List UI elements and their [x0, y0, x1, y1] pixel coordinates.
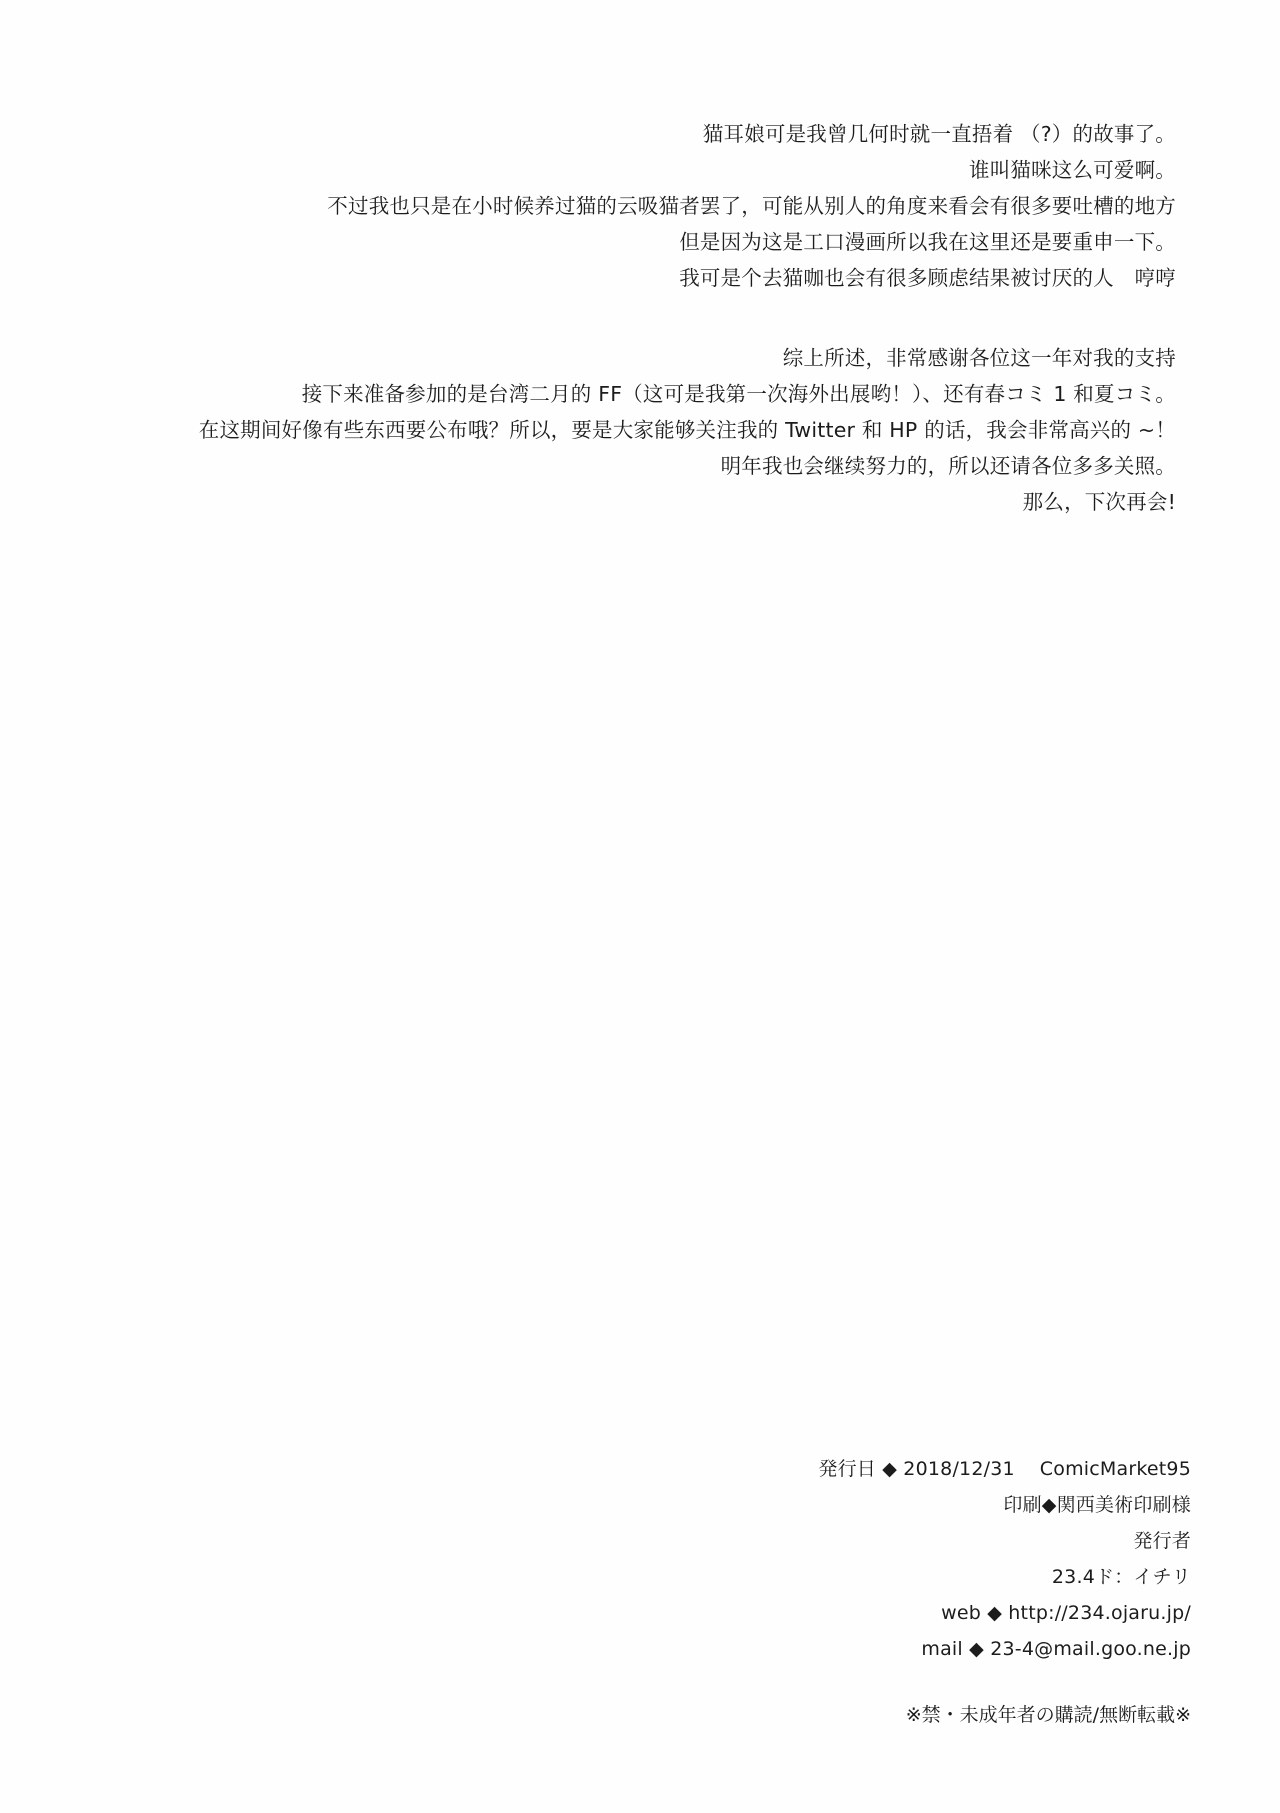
diamond-icon: ◆ — [1042, 1487, 1057, 1523]
paragraph-gap — [176, 296, 1176, 340]
mail-label: mail — [921, 1638, 963, 1660]
diamond-icon: ◆ — [987, 1595, 1002, 1631]
publisher-label-line: 発行者 — [591, 1523, 1191, 1559]
afterword-text-block: 猫耳娘可是我曾几何时就一直捂着 （?）的故事了。 谁叫猫咪这么可爱啊。 不过我也… — [176, 116, 1176, 520]
afterword-line: 谁叫猫咪这么可爱啊。 — [176, 152, 1176, 188]
printer-label: 印刷 — [1003, 1494, 1041, 1516]
issue-date: 2018/12/31 — [903, 1458, 1015, 1480]
afterword-line: 猫耳娘可是我曾几何时就一直捂着 （?）的故事了。 — [176, 116, 1176, 152]
mail-line: mail ◆ 23-4@mail.goo.ne.jp — [591, 1631, 1191, 1667]
issue-date-line: 発行日 ◆ 2018/12/31 ComicMarket95 — [591, 1451, 1191, 1487]
publisher-line: 23.4ド：イチリ — [591, 1559, 1191, 1595]
afterword-line: 综上所述，非常感谢各位这一年对我的支持 — [176, 340, 1176, 376]
web-label: web — [941, 1602, 981, 1624]
printer-line: 印刷◆関西美術印刷様 — [591, 1487, 1191, 1523]
afterword-line: 我可是个去猫咖也会有很多顾虑结果被讨厌的人 哼哼 — [176, 260, 1176, 296]
publisher-label: 発行者 — [1133, 1530, 1191, 1552]
afterword-line: 那么，下次再会! — [176, 484, 1176, 520]
colophon-spacer — [591, 1667, 1191, 1697]
colophon: 発行日 ◆ 2018/12/31 ComicMarket95 印刷◆関西美術印刷… — [591, 1451, 1191, 1733]
issue-date-label: 発行日 — [818, 1458, 876, 1480]
document-page: 猫耳娘可是我曾几何时就一直捂着 （?）的故事了。 谁叫猫咪这么可爱啊。 不过我也… — [0, 0, 1280, 1813]
event-name: ComicMarket95 — [1040, 1458, 1191, 1480]
afterword-line: 明年我也会继续努力的，所以还请各位多多关照。 — [176, 448, 1176, 484]
diamond-icon: ◆ — [882, 1451, 897, 1487]
web-line: web ◆ http://234.ojaru.jp/ — [591, 1595, 1191, 1631]
mail-address: 23-4@mail.goo.ne.jp — [990, 1638, 1191, 1660]
publisher-name: 23.4ド：イチリ — [1052, 1566, 1191, 1588]
afterword-line: 在这期间好像有些东西要公布哦？所以，要是大家能够关注我的 Twitter 和 H… — [176, 412, 1176, 448]
afterword-line: 但是因为这是工口漫画所以我在这里还是要重申一下。 — [176, 224, 1176, 260]
printer-name: 関西美術印刷様 — [1057, 1494, 1191, 1516]
prohibition-notice: ※禁・未成年者の購読/無断転載※ — [591, 1697, 1191, 1733]
afterword-line: 不过我也只是在小时候养过猫的云吸猫者罢了，可能从别人的角度来看会有很多要吐槽的地… — [176, 188, 1176, 224]
web-url-link: http://234.ojaru.jp/ — [1008, 1602, 1191, 1624]
diamond-icon: ◆ — [969, 1631, 984, 1667]
afterword-line: 接下来准备参加的是台湾二月的 FF（这可是我第一次海外出展哟！）、还有春コミ 1… — [176, 376, 1176, 412]
